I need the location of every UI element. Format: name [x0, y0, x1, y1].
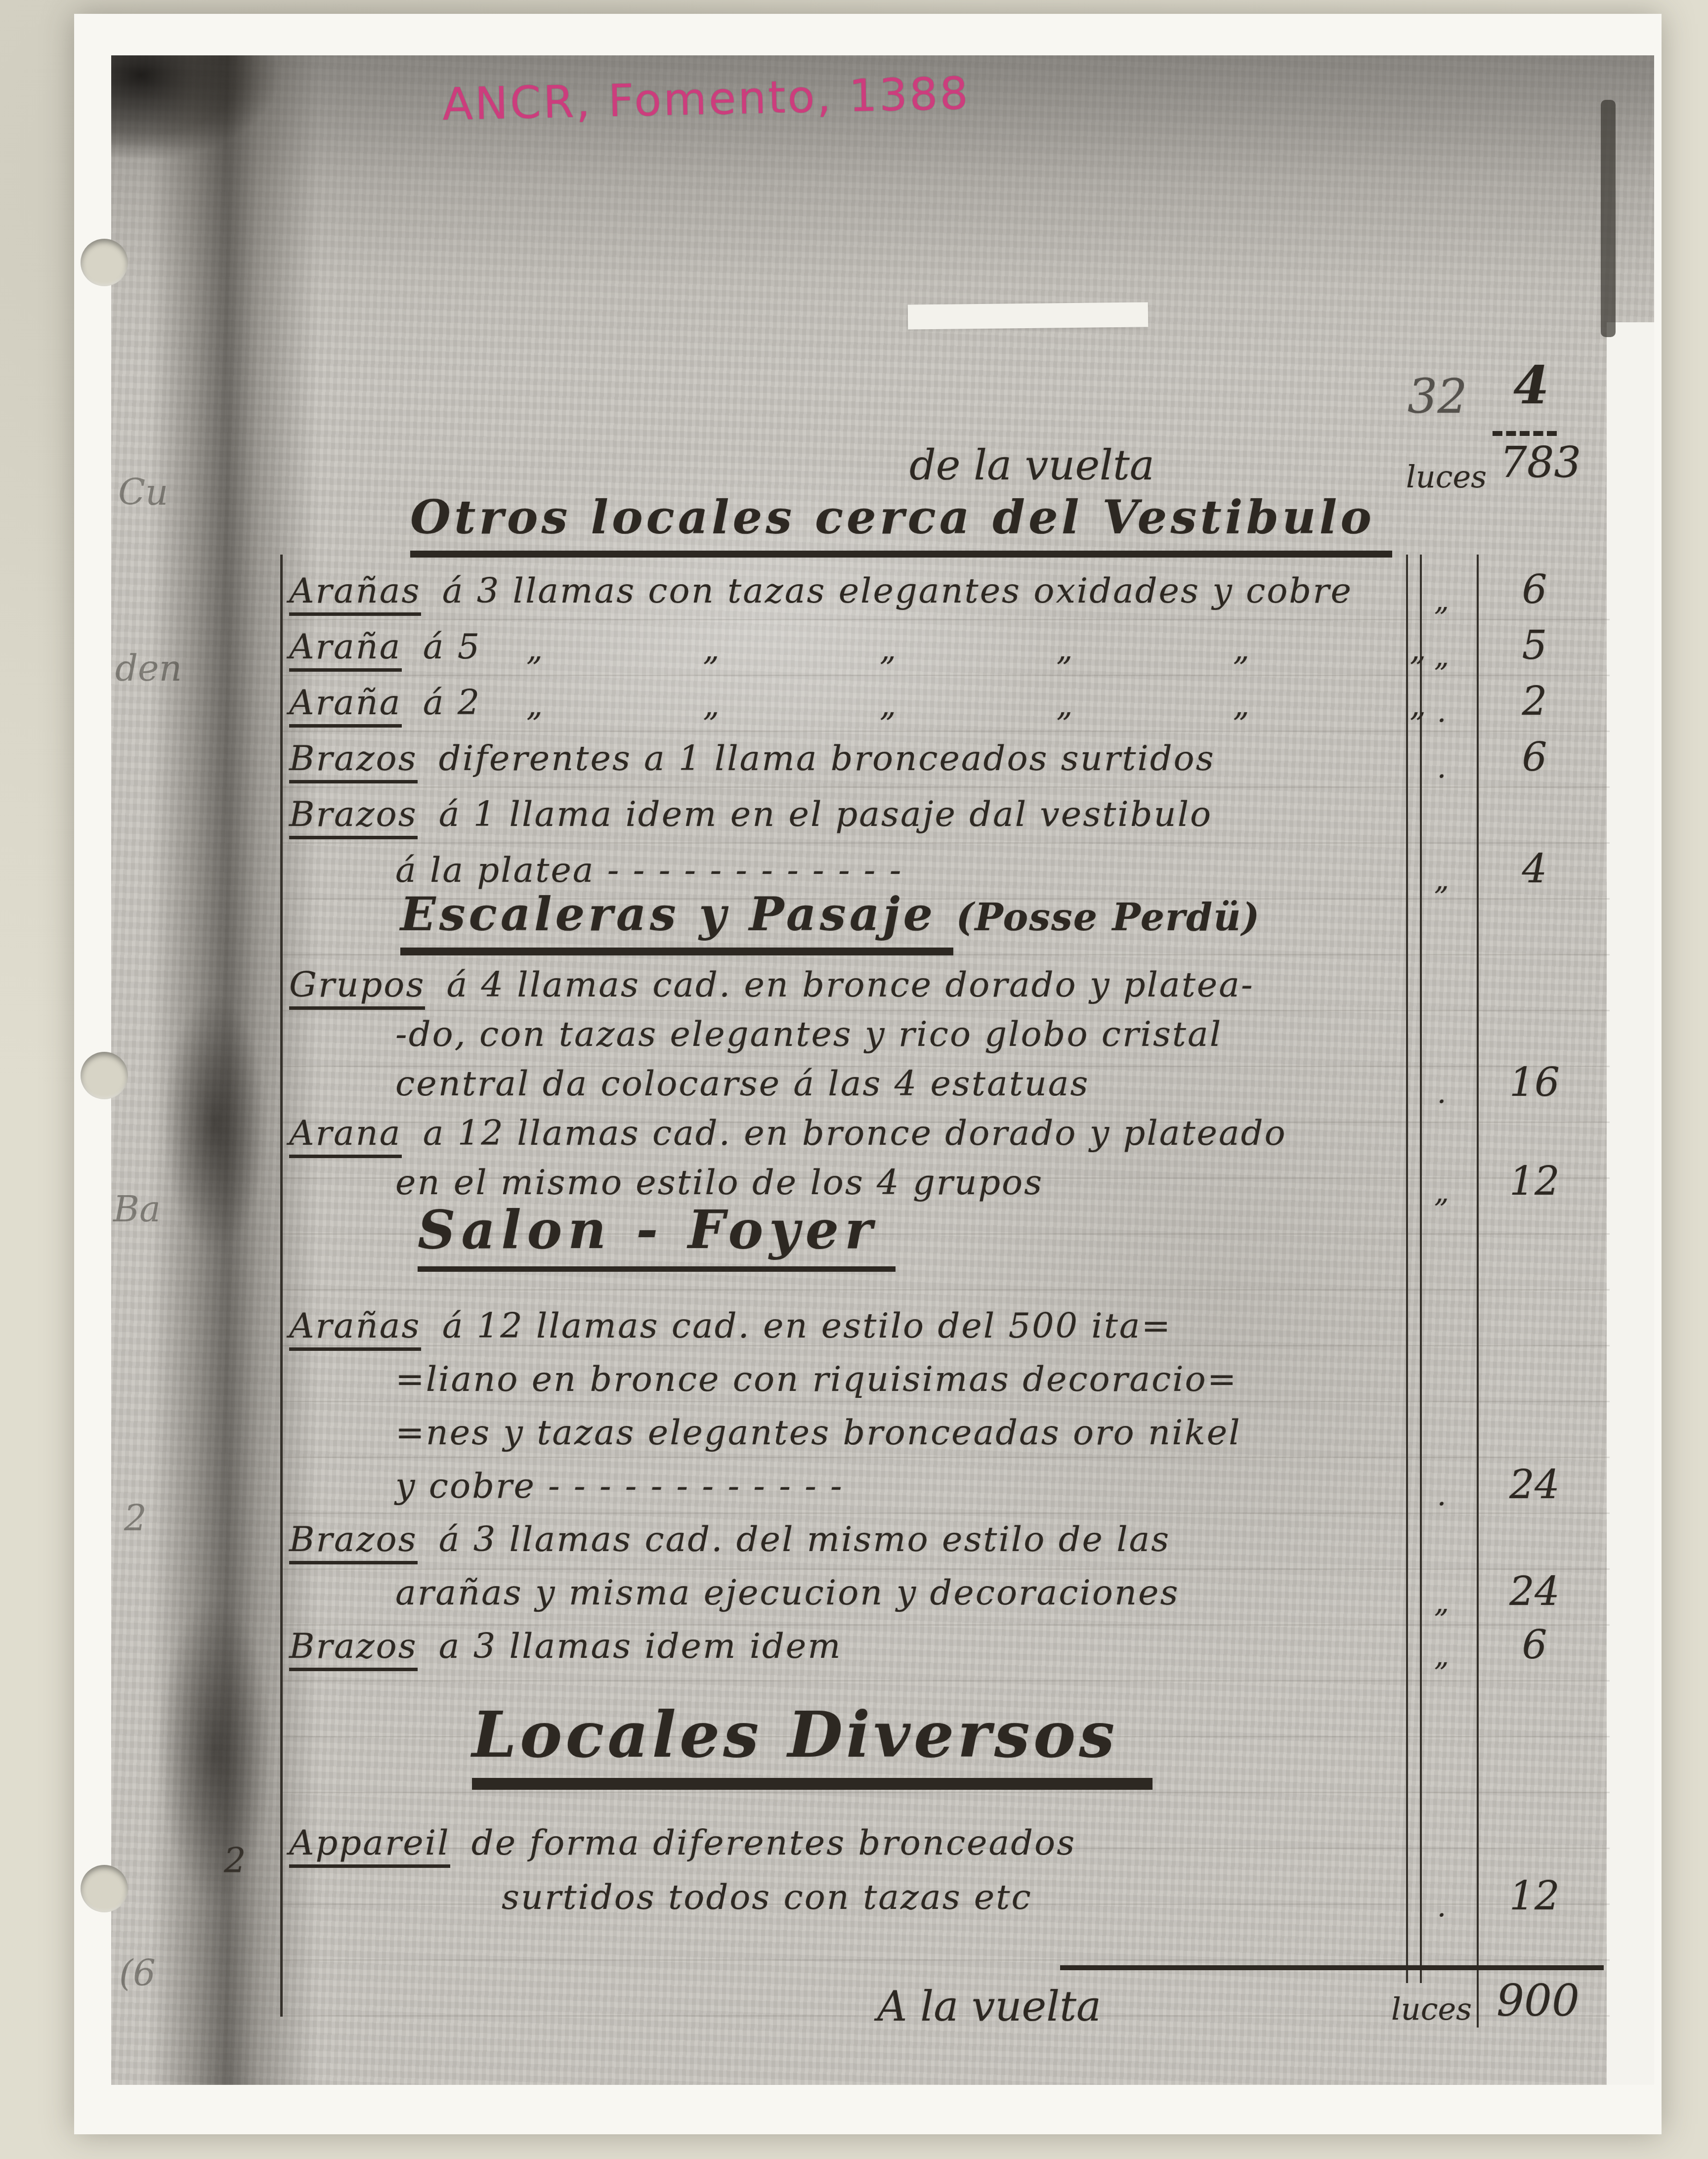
luces-value: 12	[1475, 1873, 1594, 1919]
section-vestibulo: Otros locales cerca del Vestibulo Arañas…	[289, 490, 1407, 906]
carry-over-total: 900	[1496, 1975, 1580, 2026]
luces-value: 2	[1475, 678, 1594, 724]
handwriting-layer: ANCR, Fomento, 1388 32 4 de la vuelta lu…	[0, 0, 1708, 2159]
item-lead: Brazos	[289, 1519, 418, 1564]
section-rows: Arañas á 3 llamas con tazas elegantes ox…	[289, 570, 1407, 906]
ditto-mark: „	[1407, 639, 1476, 673]
ditto-mark: „	[1407, 1585, 1476, 1619]
ledger-line: Arañas á 12 llamas cad. en estilo del 50…	[289, 1305, 1407, 1359]
carried-forward-total: 783	[1500, 438, 1581, 487]
folio-underline	[1493, 431, 1557, 436]
ledger-line: Brazos á 3 llamas cad. del mismo estilo …	[289, 1519, 1407, 1572]
section-heading: Otros locales cerca del Vestibulo	[410, 490, 1392, 558]
section-heading-text: Escaleras y Pasaje	[400, 887, 936, 942]
ditto-mark: „	[1407, 1175, 1476, 1209]
total-rule	[1060, 1965, 1604, 1970]
ledger-row: Brazos a 3 llamas idem idem„6	[289, 1626, 1407, 1679]
ditto-marks-row: „ „ „ „ „ „	[526, 631, 1427, 668]
luces-unit-label: luces	[1391, 1991, 1472, 2027]
section-heading: Escaleras y Pasaje	[400, 887, 953, 955]
page-number-pencil: 32	[1408, 370, 1467, 424]
folio-number: 4	[1513, 355, 1549, 416]
luces-value: 24	[1475, 1568, 1594, 1614]
section-escaleras: Escaleras y Pasaje (Posse Perdü) Grupos …	[289, 887, 1407, 1211]
ditto-mark: „	[1407, 863, 1476, 896]
hole-punch	[81, 239, 128, 286]
section-salon: Salon - Foyer Arañas á 12 llamas cad. en…	[289, 1199, 1407, 1679]
margin-number: 2	[224, 1840, 246, 1881]
ledger-line: Araña á 5„ „ „ „ „ „	[289, 626, 1407, 682]
hole-punch	[81, 1052, 128, 1099]
section-diversos: Locales Diversos Appareil de forma difer…	[289, 1698, 1407, 1931]
ledger-line: Brazos diferentes a 1 llama bronceados s…	[289, 738, 1407, 794]
ledger-line: Arañas á 3 llamas con tazas elegantes ox…	[289, 570, 1407, 626]
archival-reference-note: ANCR, Fomento, 1388	[442, 68, 971, 130]
ledger-line: -do, con tazas elegantes y rico globo cr…	[289, 1014, 1407, 1063]
ledger-line: Brazos a 3 llamas idem idem	[289, 1626, 1407, 1679]
item-lead: Arana	[289, 1113, 402, 1158]
luces-value: 6	[1475, 734, 1594, 780]
ledger-row: Arañas á 3 llamas con tazas elegantes ox…	[289, 570, 1407, 626]
item-lead: Grupos	[289, 964, 425, 1010]
ledger-row: Arana a 12 llamas cad. en bronce dorado …	[289, 1113, 1407, 1211]
ledger-row: Arañas á 12 llamas cad. en estilo del 50…	[289, 1305, 1407, 1519]
item-lead: Brazos	[289, 738, 418, 783]
ledger-line: y cobre - - - - - - - - - - - -	[289, 1466, 1407, 1519]
ledger-line: Appareil de forma diferentes bronceados	[289, 1822, 1407, 1877]
section-heading: Locales Diversos	[472, 1698, 1153, 1790]
section-rows: Grupos á 4 llamas cad. en bronce dorado …	[289, 964, 1407, 1211]
ledger-line: Brazos á 1 llama idem en el pasaje dal v…	[289, 794, 1407, 850]
ditto-mark: .	[1407, 1076, 1476, 1110]
table-rule-left	[280, 555, 283, 2017]
ditto-mark: „	[1407, 583, 1476, 617]
section-rows: Appareil de forma diferentes bronceadoss…	[289, 1822, 1407, 1931]
item-lead: Araña	[289, 682, 402, 728]
carry-over-label: A la vuelta	[877, 1982, 1101, 2030]
item-lead: Brazos	[289, 1626, 418, 1671]
item-lead: Araña	[289, 626, 402, 672]
luces-value: 6	[1475, 566, 1594, 612]
luces-value: 4	[1475, 846, 1594, 892]
ledger-row: Grupos á 4 llamas cad. en bronce dorado …	[289, 964, 1407, 1113]
item-lead: Arañas	[289, 1305, 421, 1351]
ditto-mark: „	[1407, 1639, 1476, 1672]
ledger-line: Arana a 12 llamas cad. en bronce dorado …	[289, 1113, 1407, 1162]
item-lead: Arañas	[289, 570, 421, 616]
ditto-marks-row: „ „ „ „ „ „	[526, 687, 1427, 724]
item-lead: Brazos	[289, 794, 418, 839]
section-rows: Arañas á 12 llamas cad. en estilo del 50…	[289, 1305, 1407, 1679]
ledger-row: Araña á 2„ „ „ „ „ „.2	[289, 682, 1407, 738]
ledger-row: Araña á 5„ „ „ „ „ „„5	[289, 626, 1407, 682]
section-heading-text: Salon - Foyer	[418, 1199, 878, 1260]
ledger-line: surtidos todos con tazas etc	[289, 1877, 1407, 1931]
photographed-archive-page: Cu den Ba 2 (6 ANCR, Fomento, 1388 32 4 …	[0, 0, 1708, 2159]
hole-punch	[81, 1865, 128, 1912]
carried-forward-label: de la vuelta	[909, 441, 1154, 489]
luces-value: 5	[1475, 622, 1594, 668]
luces-unit-label: luces	[1406, 459, 1487, 495]
luces-value: 6	[1475, 1622, 1594, 1668]
item-lead: Appareil	[289, 1822, 450, 1868]
ledger-line: arañas y misma ejecucion y decoraciones	[289, 1572, 1407, 1626]
ledger-line: central da colocarse á las 4 estatuas	[289, 1063, 1407, 1113]
ledger-row: Appareil de forma diferentes bronceadoss…	[289, 1822, 1407, 1931]
section-heading-text: Otros locales cerca del Vestibulo	[410, 490, 1375, 545]
section-heading-text: Locales Diversos	[472, 1698, 1118, 1772]
ditto-mark: .	[1407, 695, 1476, 729]
luces-value: 24	[1475, 1462, 1594, 1508]
ledger-line: Araña á 2„ „ „ „ „ „	[289, 682, 1407, 738]
ditto-mark: .	[1407, 1890, 1476, 1923]
ledger-line: =nes y tazas elegantes bronceadas oro ni…	[289, 1412, 1407, 1466]
ledger-row: Brazos diferentes a 1 llama bronceados s…	[289, 738, 1407, 794]
ditto-mark: .	[1407, 1478, 1476, 1512]
ledger-row: Brazos á 3 llamas cad. del mismo estilo …	[289, 1519, 1407, 1626]
section-heading-note: (Posse Perdü)	[956, 895, 1260, 939]
ledger-line: =liano en bronce con riquisimas decoraci…	[289, 1359, 1407, 1412]
section-heading: Salon - Foyer	[418, 1199, 896, 1272]
luces-value: 16	[1475, 1059, 1594, 1105]
ditto-mark: .	[1407, 751, 1476, 784]
luces-value: 12	[1475, 1158, 1594, 1204]
ledger-line: Grupos á 4 llamas cad. en bronce dorado …	[289, 964, 1407, 1014]
